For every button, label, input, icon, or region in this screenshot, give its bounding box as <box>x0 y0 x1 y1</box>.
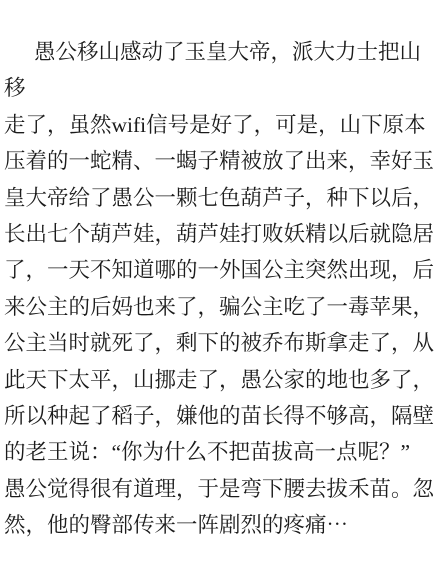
story-page: 愚公移山感动了玉皇大帝，派大力士把山移 走了，虽然wifi信号是好了，可是，山下… <box>0 0 440 565</box>
story-text: 愚公移山感动了玉皇大帝，派大力士把山移 走了，虽然wifi信号是好了，可是，山下… <box>4 34 437 544</box>
